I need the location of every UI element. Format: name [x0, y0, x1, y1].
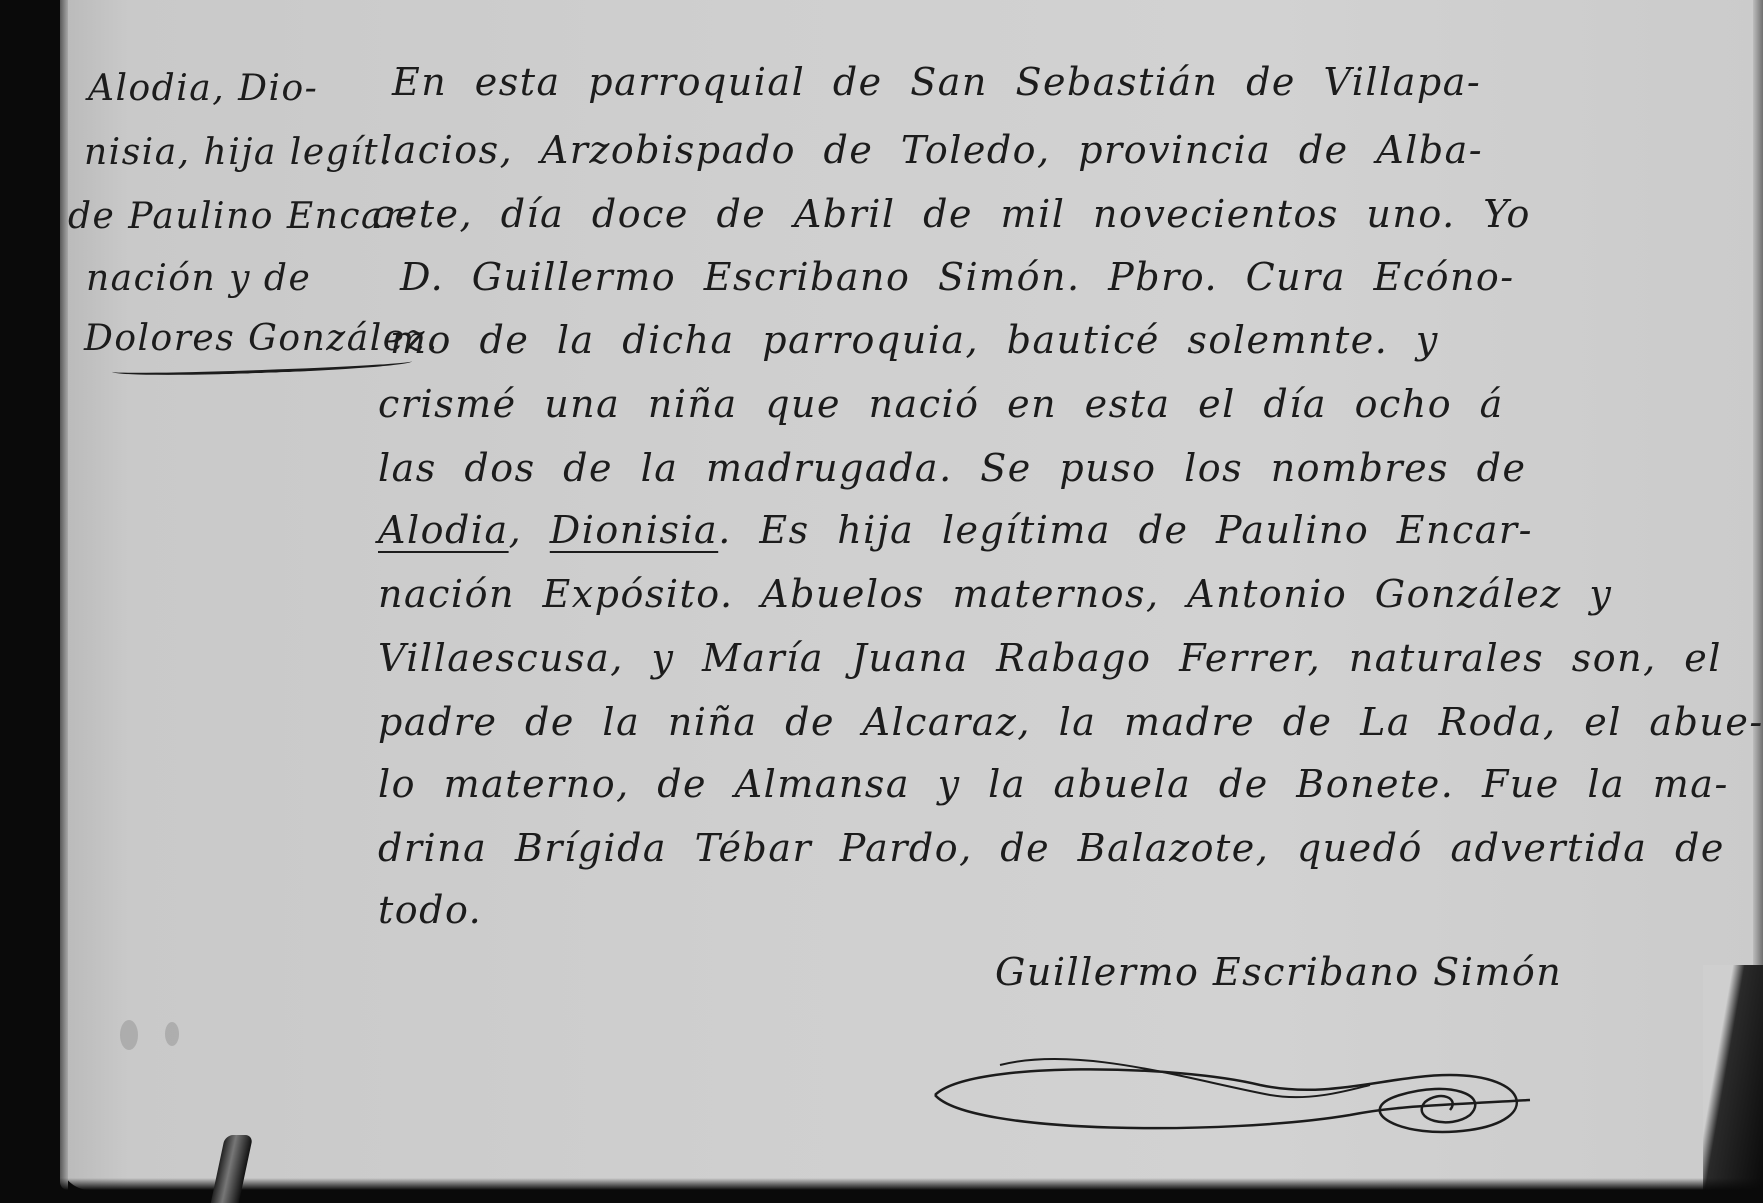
record-line: nación Expósito. Abuelos maternos, Anton…	[378, 572, 1612, 616]
page-left-edge	[60, 0, 68, 1190]
signature-rubric-flourish	[930, 1040, 1550, 1150]
record-line: D. Guillermo Escribano Simón. Pbro. Cura…	[400, 255, 1515, 299]
margin-note-line: Dolores González.	[84, 318, 439, 359]
record-line: En esta parroquial de San Sebastián de V…	[392, 60, 1481, 104]
record-line: cete, día doce de Abril de mil novecient…	[372, 192, 1531, 236]
record-line: lacios, Arzobispado de Toledo, provincia…	[380, 128, 1483, 172]
margin-note-line: nación y de	[86, 258, 311, 299]
record-line-names: Alodia, Dionisia. Es hija legítima de Pa…	[378, 508, 1533, 552]
record-line: Villaescusa, y María Juana Rabago Ferrer…	[378, 636, 1722, 680]
priest-signature: Guillermo Escribano Simón	[995, 950, 1562, 994]
record-line: todo.	[378, 888, 482, 932]
record-line: mo de la dicha parroquia, bauticé solemn…	[390, 318, 1439, 362]
underlined-name-dionisia: Dionisia	[550, 508, 718, 552]
margin-note-line: nisia, hija legít.	[84, 132, 392, 173]
record-line: las dos de la madrugada. Se puso los nom…	[378, 446, 1526, 490]
binding-clip	[211, 1135, 253, 1203]
register-page: Alodia, Dio- nisia, hija legít. de Pauli…	[60, 0, 1763, 1190]
page-bottom-shadow	[60, 1178, 1763, 1190]
margin-note-line: de Paulino Encar-	[68, 196, 416, 237]
underlined-name-alodia: Alodia	[378, 508, 509, 552]
record-line: lo materno, de Almansa y la abuela de Bo…	[378, 762, 1729, 806]
name-separator: ,	[509, 508, 550, 552]
margin-note-line: Alodia, Dio-	[88, 68, 318, 109]
record-line: drina Brígida Tébar Pardo, de Balazote, …	[378, 826, 1725, 870]
record-line: padre de la niña de Alcaraz, la madre de…	[378, 700, 1763, 744]
page-right-edge	[1753, 0, 1763, 980]
record-line-rest: . Es hija legítima de Paulino Encar-	[718, 508, 1533, 552]
paper-stain	[165, 1022, 179, 1046]
page-corner-fold	[1703, 965, 1763, 1190]
paper-stain	[120, 1020, 138, 1050]
record-line: crismé una niña que nació en esta el día…	[378, 382, 1504, 426]
